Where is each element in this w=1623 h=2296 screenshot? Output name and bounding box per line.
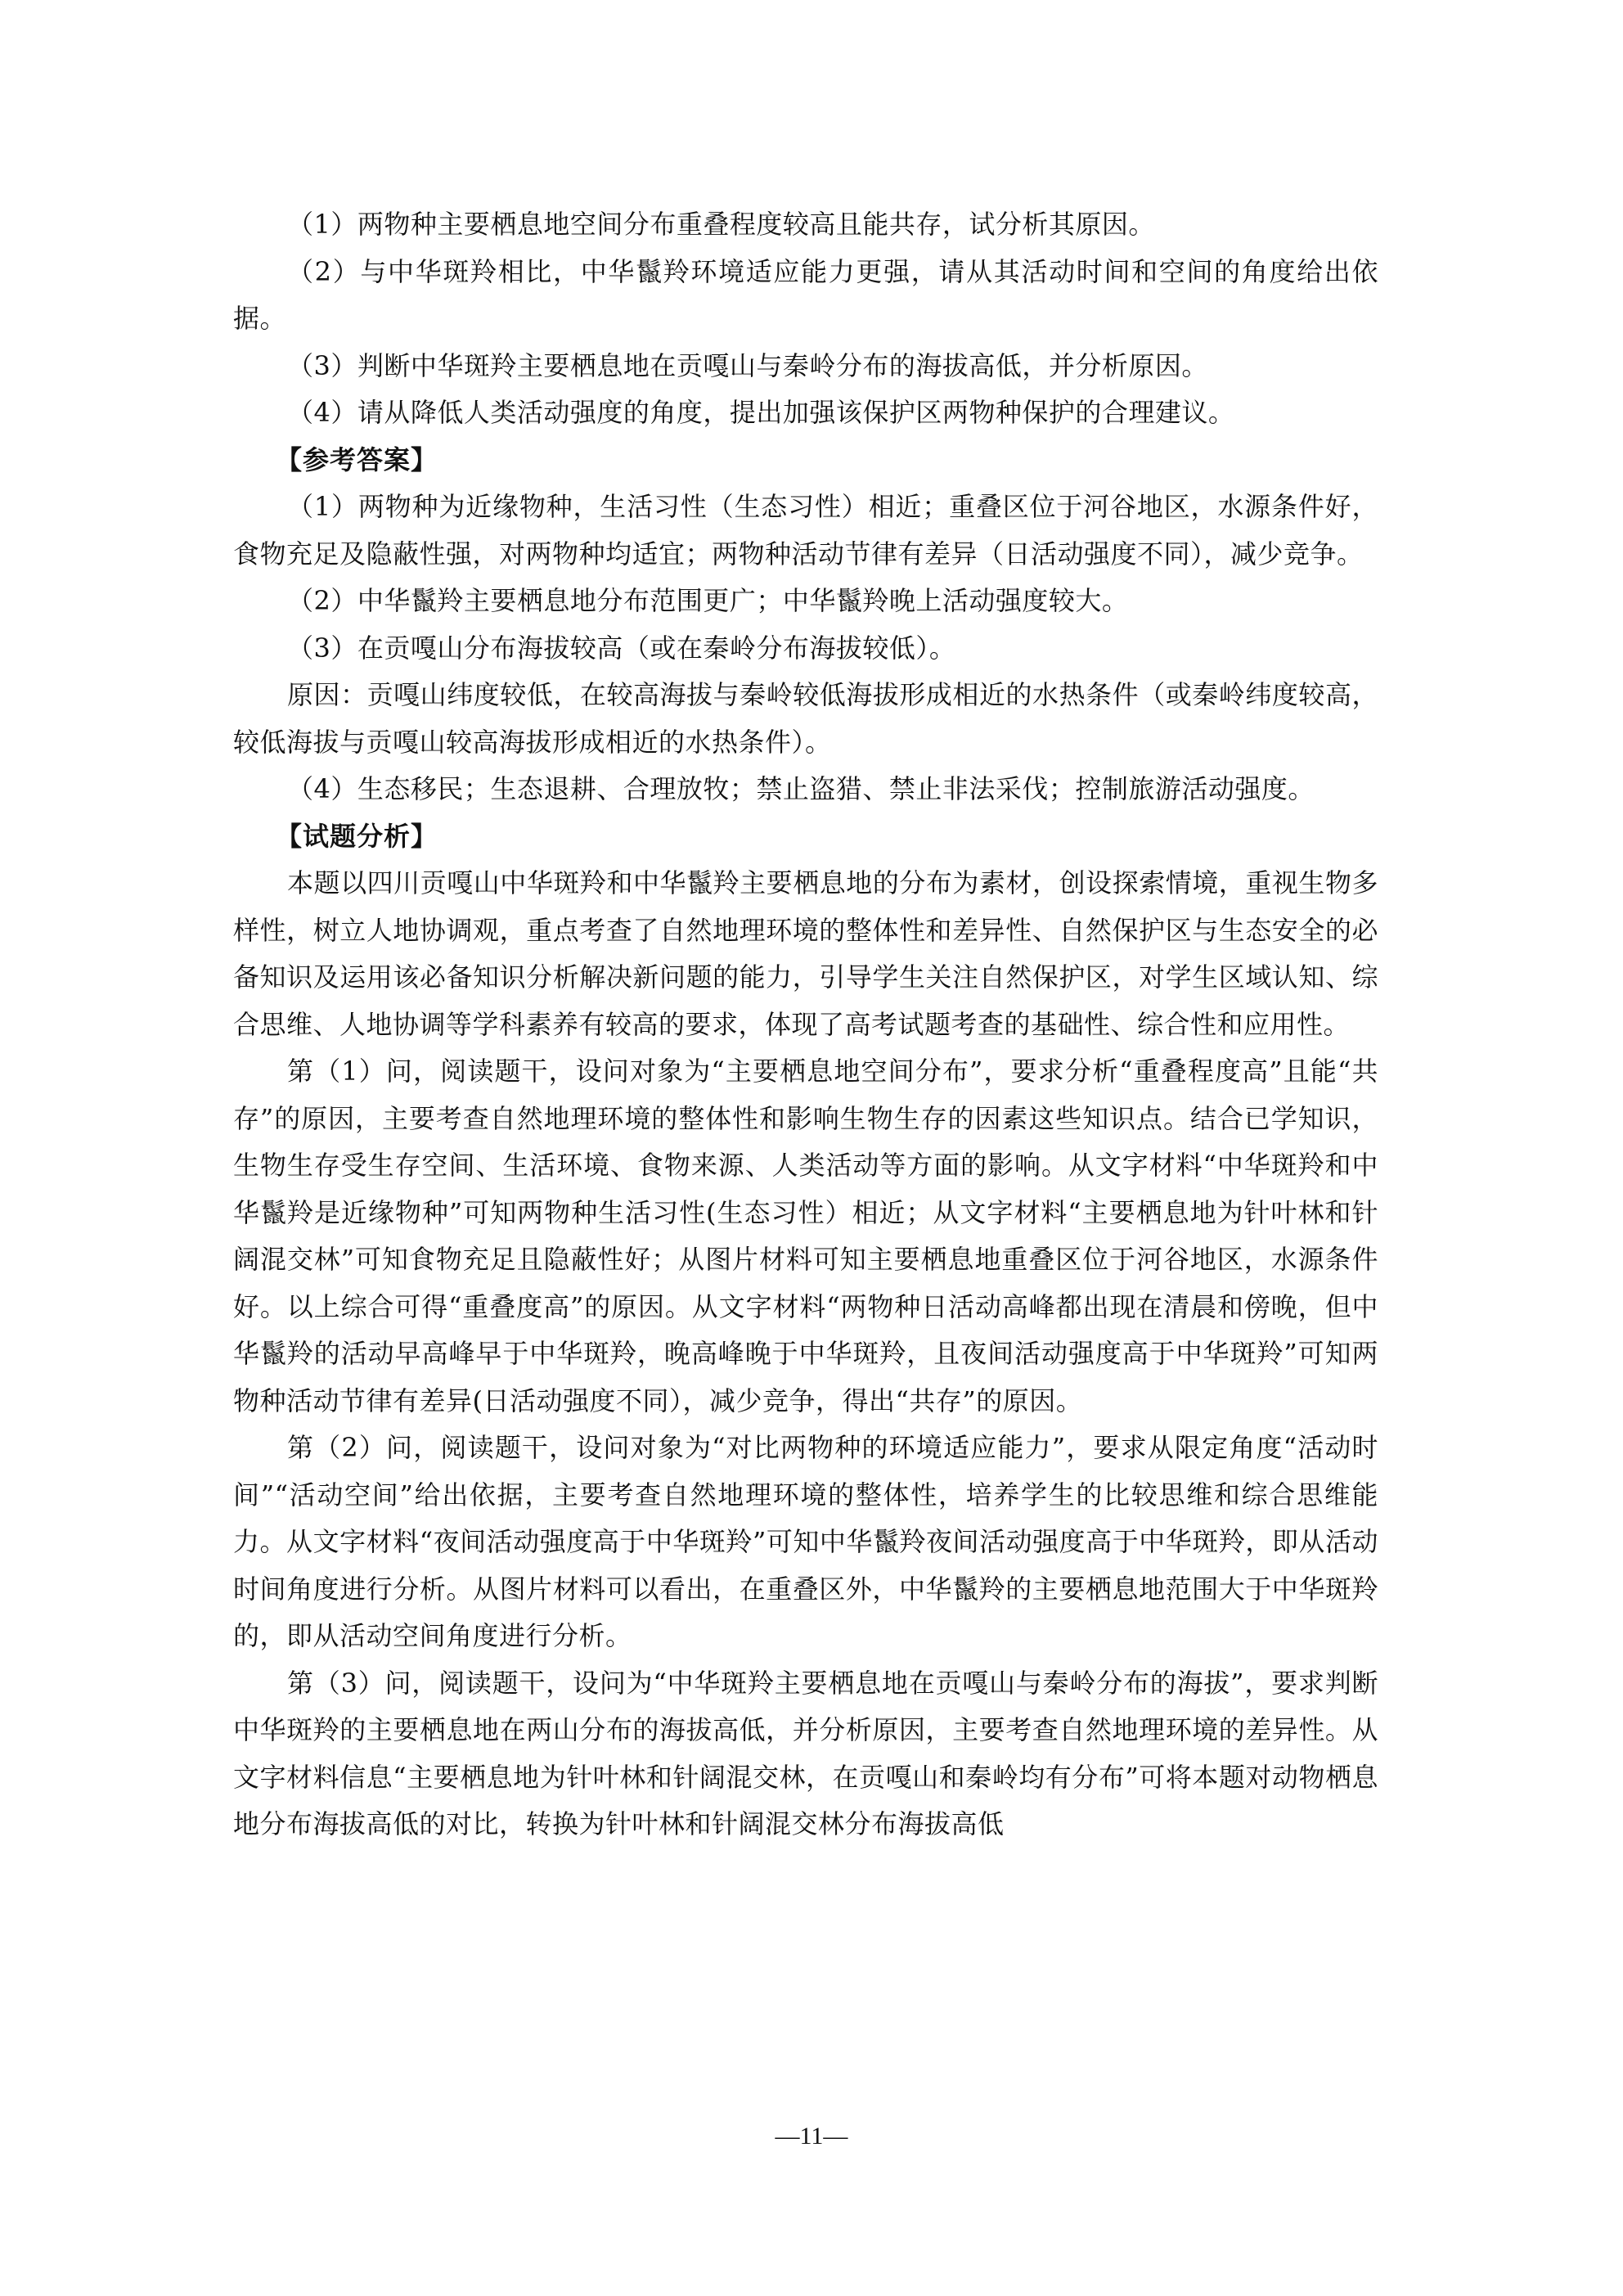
answer-2: （2）中华鬣羚主要栖息地分布范围更广；中华鬣羚晚上活动强度较大。 <box>233 578 1378 625</box>
answer-4: （4）生态移民；生态退耕、合理放牧；禁止盗猎、禁止非法采伐；控制旅游活动强度。 <box>233 766 1378 813</box>
analysis-intro: 本题以四川贡嘎山中华斑羚和中华鬣羚主要栖息地的分布为素材，创设探索情境，重视生物… <box>233 860 1378 1048</box>
document-page: （1）两物种主要栖息地空间分布重叠程度较高且能共存，试分析其原因。 （2）与中华… <box>233 201 1378 1848</box>
question-list: （1）两物种主要栖息地空间分布重叠程度较高且能共存，试分析其原因。 （2）与中华… <box>233 201 1378 437</box>
analysis-question-2: 第（2）问，阅读题干，设问对象为“对比两物种的环境适应能力”，要求从限定角度“活… <box>233 1425 1378 1660</box>
answer-3: （3）在贡嘎山分布海拔较高（或在秦岭分布海拔较低）。 <box>233 625 1378 673</box>
question-2: （2）与中华斑羚相比，中华鬣羚环境适应能力更强，请从其活动时间和空间的角度给出依… <box>233 249 1378 343</box>
answer-section: 【参考答案】 （1）两物种为近缘物种，生活习性（生态习性）相近；重叠区位于河谷地… <box>233 437 1378 813</box>
analysis-heading: 【试题分析】 <box>233 813 1378 861</box>
analysis-section: 【试题分析】 本题以四川贡嘎山中华斑羚和中华鬣羚主要栖息地的分布为素材，创设探索… <box>233 813 1378 1848</box>
question-3: （3）判断中华斑羚主要栖息地在贡嘎山与秦岭分布的海拔高低，并分析原因。 <box>233 343 1378 390</box>
analysis-question-1: 第（1）问，阅读题干，设问对象为“主要栖息地空间分布”，要求分析“重叠程度高”且… <box>233 1048 1378 1425</box>
answer-heading: 【参考答案】 <box>233 437 1378 484</box>
answer-3-reason: 原因：贡嘎山纬度较低，在较高海拔与秦岭较低海拔形成相近的水热条件（或秦岭纬度较高… <box>233 672 1378 766</box>
question-1: （1）两物种主要栖息地空间分布重叠程度较高且能共存，试分析其原因。 <box>233 201 1378 249</box>
analysis-question-3: 第（3）问，阅读题干，设问为“中华斑羚主要栖息地在贡嘎山与秦岭分布的海拔”，要求… <box>233 1660 1378 1848</box>
question-4: （4）请从降低人类活动强度的角度，提出加强该保护区两物种保护的合理建议。 <box>233 389 1378 437</box>
answer-1: （1）两物种为近缘物种，生活习性（生态习性）相近；重叠区位于河谷地区，水源条件好… <box>233 484 1378 578</box>
page-number: —11— <box>0 2123 1623 2150</box>
